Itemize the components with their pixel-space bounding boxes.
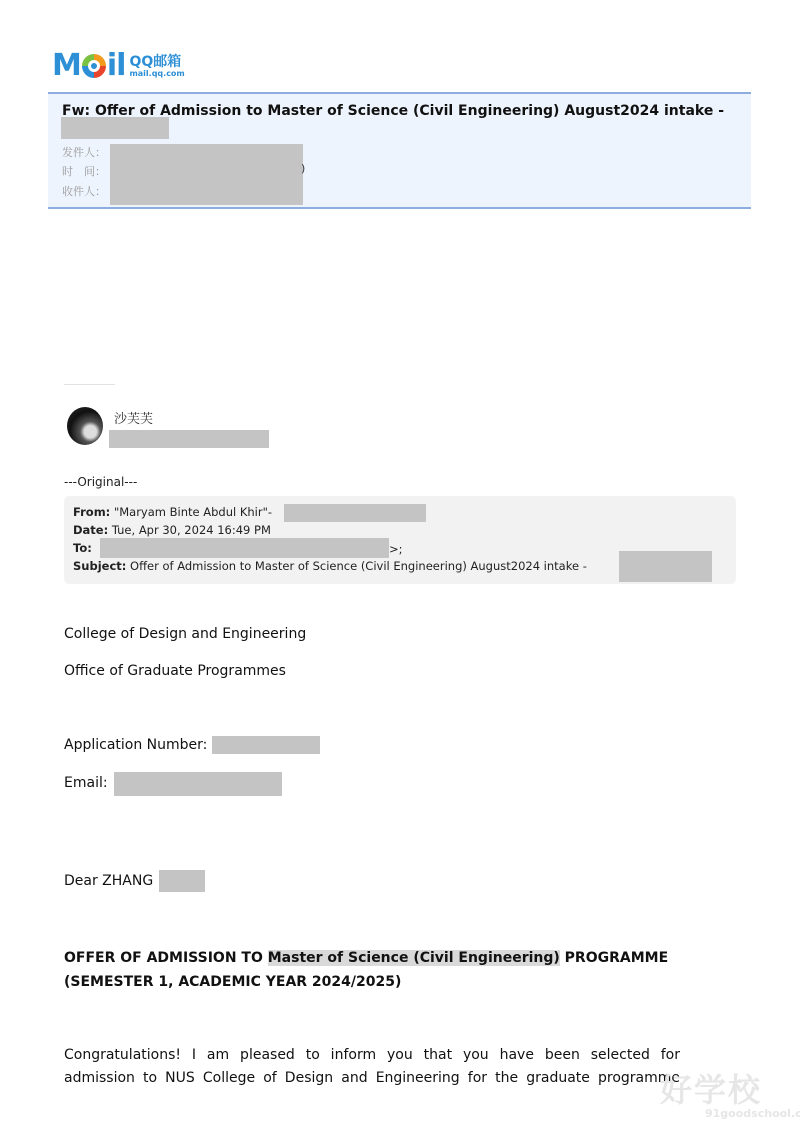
divider: [64, 384, 115, 385]
time-label: 时 间：: [62, 163, 106, 179]
from-label: 发件人：: [62, 144, 106, 160]
watermark-url: 91goodschool.com: [705, 1107, 800, 1120]
quoted-to-label: To:: [73, 541, 92, 555]
logo-letter-m: M: [52, 50, 81, 82]
quoted-subject-value: Offer of Admission to Master of Science …: [130, 559, 587, 573]
quoted-from-value: "Maryam Binte Abdul Khir"-: [114, 505, 272, 519]
offer-heading: OFFER OF ADMISSION TO Master of Science …: [64, 946, 668, 994]
quoted-header: From: "Maryam Binte Abdul Khir"- Date: T…: [64, 496, 736, 584]
redacted-block: [110, 144, 303, 205]
redacted-block: [159, 870, 205, 892]
redacted-block: [100, 538, 389, 558]
to-label: 收件人：: [62, 183, 106, 199]
offer-heading-line2: (SEMESTER 1, ACADEMIC YEAR 2024/2025): [64, 970, 668, 994]
logo-wordmark: M il: [52, 50, 125, 82]
congratulations-paragraph: Congratulations! I am pleased to inform …: [64, 1044, 680, 1090]
watermark: 好学校 91goodschool.com: [660, 1065, 762, 1111]
original-marker: ---Original---: [64, 475, 137, 489]
application-number-label: Application Number:: [64, 737, 207, 753]
offer-programme: Master of Science (Civil Engineering): [268, 950, 560, 966]
logo-qq-label: QQ邮箱: [129, 55, 184, 69]
sender-name: 沙芙芙: [114, 408, 153, 427]
quoted-subject: Subject: Offer of Admission to Master of…: [73, 559, 587, 573]
logo-o-icon: [82, 54, 106, 78]
time-tail: ): [301, 162, 305, 175]
redacted-block: [109, 430, 269, 448]
email-label: Email:: [64, 775, 108, 791]
redacted-block: [114, 772, 282, 796]
qq-mail-logo: M il QQ邮箱 mail.qq.com: [52, 50, 185, 82]
watermark-logo: 好学校: [660, 1071, 762, 1109]
offer-heading-line1: OFFER OF ADMISSION TO Master of Science …: [64, 946, 668, 970]
quoted-from-label: From:: [73, 505, 110, 519]
college-name: College of Design and Engineering: [64, 626, 306, 642]
avatar[interactable]: [67, 407, 103, 445]
redacted-block: [61, 117, 169, 139]
offer-suffix: PROGRAMME: [560, 950, 668, 966]
greeting: Dear ZHANG: [64, 873, 153, 889]
logo-letters-il: il: [107, 50, 126, 82]
redacted-block: [212, 736, 320, 754]
congrats-line: admission to NUS College of Design and E…: [64, 1067, 680, 1090]
logo-text: QQ邮箱 mail.qq.com: [129, 55, 184, 78]
congrats-line: Congratulations! I am pleased to inform …: [64, 1044, 680, 1067]
quoted-to: To:: [73, 541, 92, 555]
email-header: Fw: Offer of Admission to Master of Scie…: [48, 92, 751, 209]
quoted-date-label: Date:: [73, 523, 108, 537]
redacted-block: [284, 504, 426, 522]
office-name: Office of Graduate Programmes: [64, 663, 286, 679]
offer-prefix: OFFER OF ADMISSION TO: [64, 950, 268, 966]
logo-url: mail.qq.com: [129, 70, 184, 78]
redacted-block: [619, 551, 712, 582]
quoted-from: From: "Maryam Binte Abdul Khir"-: [73, 505, 272, 519]
quoted-date-value: Tue, Apr 30, 2024 16:49 PM: [112, 523, 271, 537]
quoted-subject-label: Subject:: [73, 559, 126, 573]
quoted-date: Date: Tue, Apr 30, 2024 16:49 PM: [73, 523, 271, 537]
quoted-to-tail: >;: [389, 542, 403, 556]
